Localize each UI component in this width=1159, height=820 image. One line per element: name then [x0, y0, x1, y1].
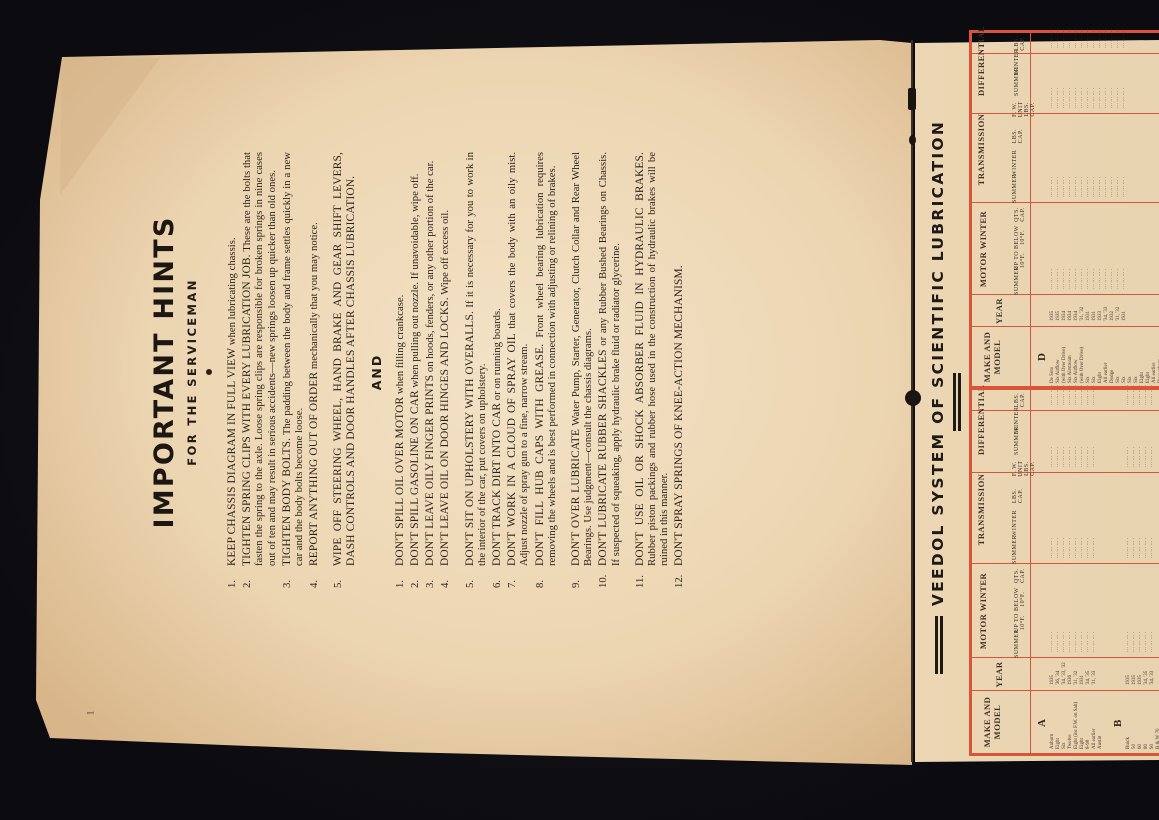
list-item: 7.DON'T WORK IN A CLOUD OF SPRAY OIL tha… [506, 152, 530, 592]
sub-header: WINTER [1014, 411, 1020, 433]
column-header-year: YEAR [994, 295, 1004, 327]
list-item: 5.DON'T SIT ON UPHOLSTERY WITH OVERALLS.… [464, 152, 488, 592]
and-separator: AND [369, 152, 384, 592]
sub-header: LBS. CAP. [1014, 33, 1026, 54]
column-header-differential: DIFFERENTIAL [976, 33, 986, 96]
spec-values: ··· ··· ··· · ··· ··· ··· · ··· ··· ··· … [1050, 269, 1128, 289]
table-column-divider [972, 410, 1159, 411]
spec-values: ··· ··· ··· · ··· ··· ··· · ··· ··· ··· … [1126, 632, 1156, 652]
sub-header: QTS. CAP. [1014, 203, 1026, 226]
lubrication-chart-page: VEEDOL SYSTEM OF SCIENTIFIC LUBRICATION … [925, 40, 1159, 762]
sub-header: SUMMER [1014, 272, 1020, 295]
year-list: 1935 '36, '34 '34, '33, '32 1936 '31, '3… [1050, 662, 1098, 685]
spec-values: ··· ··· ··· · ··· ··· ··· · ··· ··· ··· … [1050, 538, 1098, 558]
list-item: 11.DON'T USE OIL OR SHOCK ABSORBER FLUID… [634, 152, 671, 592]
important-hints-block: IMPORTANT HINTS FOR THE SERVICEMAN 1.KEE… [148, 152, 808, 592]
sub-header: LBS. CAP. [1012, 123, 1024, 150]
sub-header: SUMMER [1014, 635, 1020, 659]
make-model-list: Buick 50 60 80 90 B & W 70 [1126, 728, 1159, 749]
dont-list: 1.DON'T SPILL OIL OVER MOTOR when fillin… [394, 152, 686, 592]
list-item: 12.DON'T SPRAY SPRINGS OF KNEE-ACTION ME… [673, 152, 685, 592]
chart-page-title: VEEDOL SYSTEM OF SCIENTIFIC LUBRICATION [929, 82, 965, 722]
table-header-divider [1030, 389, 1031, 753]
sub-header: UP TO 10°F. [1014, 249, 1026, 272]
column-header-differential: DIFFERENTIAL [976, 389, 986, 455]
table-column-divider [972, 113, 1159, 114]
list-item: 2.TIGHTEN SPRING CLIPS WITH EVERY LUBRIC… [241, 152, 278, 592]
page-mark: 1 [85, 711, 95, 716]
column-header-motor: MOTOR WINTER [978, 203, 988, 295]
sub-header: SUMMER [1012, 537, 1018, 564]
list-item: 1.DON'T SPILL OIL OVER MOTOR when fillin… [394, 152, 406, 592]
sub-header: BELOW 10°F. [1014, 588, 1026, 612]
table-column-divider [972, 472, 1159, 473]
table-column-divider [972, 563, 1159, 564]
list-item: 8.DON'T FILL HUB CAPS WITH GREASE. Front… [534, 152, 558, 592]
make-model-list: De Soto Six Airflow (with Over Drive) Si… [1050, 347, 1159, 383]
spec-values: ··· ··· ··· · ··· ··· ··· · ··· ··· ··· … [1050, 177, 1128, 197]
section-letter: D [1036, 353, 1048, 361]
sub-header: SUMMER [1012, 176, 1018, 203]
year-list: 1935 1935 1935 '34, '35 '34, '33 [1126, 671, 1156, 685]
year-list: 1935 1935 1934 1934 1934 '31, '32 1931 1… [1050, 307, 1128, 321]
column-header-transmission: TRANSMISSION [976, 455, 986, 564]
table-column-divider [972, 53, 1159, 54]
sub-header: UP TO 10°F. [1014, 611, 1026, 635]
spec-values: ··· ··· ··· · ··· ··· ··· · ··· ··· ··· … [1050, 28, 1128, 48]
table-header-divider [1030, 33, 1031, 387]
sub-header: BELOW 10°F. [1014, 226, 1026, 249]
column-header-make-model: MAKE AND MODEL [982, 327, 1002, 387]
sub-header: LBS. CAP. [1012, 482, 1024, 509]
spec-values: ··· ··· ··· · ··· ··· ··· · ··· ··· ··· … [1126, 538, 1156, 558]
sub-header: SUMMER [1014, 433, 1020, 455]
spec-values: ··· ··· ··· · ··· ··· ··· · ··· ··· ··· … [1050, 632, 1098, 652]
binding-hole [905, 390, 921, 406]
section-letter: B [1112, 720, 1124, 727]
do-list: 1.KEEP CHASSIS DIAGRAM IN FULL VIEW when… [226, 152, 357, 592]
spec-values: ··· ··· ··· · ··· ··· ··· · ··· ··· ··· … [1050, 88, 1128, 108]
table-column-divider [972, 202, 1159, 203]
list-item: 2.DON'T SPILL GASOLINE ON CAR when pulli… [409, 152, 421, 592]
decorative-bars [935, 616, 943, 674]
spec-values: ··· ··· ··· · ··· ··· ··· · ··· ··· ··· … [1126, 447, 1156, 467]
sub-header: WINTER [1012, 510, 1018, 537]
sub-header: QTS. CAP. [1014, 564, 1026, 588]
list-item: 1.KEEP CHASSIS DIAGRAM IN FULL VIEW when… [226, 152, 238, 592]
spec-values: ··· ··· ··· · ··· ··· ··· · ··· ··· ··· … [1050, 447, 1098, 467]
list-item: 10.DON'T LUBRICATE RUBBER SHACKLES or an… [597, 152, 621, 592]
make-model-list: Auburn Eight Six Twelve Eight (inc F.W. … [1050, 702, 1104, 749]
sub-header: WINTER [1014, 54, 1020, 75]
list-item: 4.REPORT ANYTHING OUT OF ORDER mechanica… [308, 152, 320, 592]
lubrication-table-d: MAKE AND MODELYEARMOTOR WINTERTRANSMISSI… [969, 30, 1159, 390]
column-header-transmission: TRANSMISSION [976, 96, 986, 203]
list-item: 9.DON'T OVER LUBRICATE Water Pump, Start… [570, 152, 594, 592]
sub-header: WINTER [1012, 150, 1018, 177]
sub-header: SUMMER [1014, 75, 1020, 96]
sub-header: F. W. UNIT LBS. CAP. [1012, 96, 1036, 123]
list-item: 5.WIPE OFF STEERING WHEEL, HAND BRAKE AN… [332, 152, 356, 592]
staple [909, 135, 916, 145]
page-subtitle: FOR THE SERVICEMAN [185, 152, 199, 592]
bullet-dot [206, 369, 212, 375]
list-item: 6.DON'T TRACK DIRT INTO CAR or on runnin… [491, 152, 503, 592]
page-title: IMPORTANT HINTS [148, 152, 182, 592]
decorative-bars [953, 373, 961, 431]
list-item: 4.DON'T LEAVE OIL ON DOOR HINGES AND LOC… [439, 152, 451, 592]
staple [908, 88, 916, 110]
list-item: 3.DON'T LEAVE OILY FINGER PRINTS on hood… [424, 152, 436, 592]
column-header-motor: MOTOR WINTER [978, 564, 988, 658]
sub-header: F. W. UNIT LBS. CAP. [1012, 455, 1036, 482]
column-header-year: YEAR [994, 658, 1004, 691]
sub-header: LBS. CAP. [1014, 389, 1026, 411]
lubrication-table-a-b: MAKE AND MODELYEARMOTOR WINTERTRANSMISSI… [969, 386, 1159, 756]
list-item: 3.TIGHTEN BODY BOLTS. The padding betwee… [281, 152, 305, 592]
section-letter: A [1036, 719, 1048, 727]
column-header-make-model: MAKE AND MODEL [982, 691, 1002, 753]
